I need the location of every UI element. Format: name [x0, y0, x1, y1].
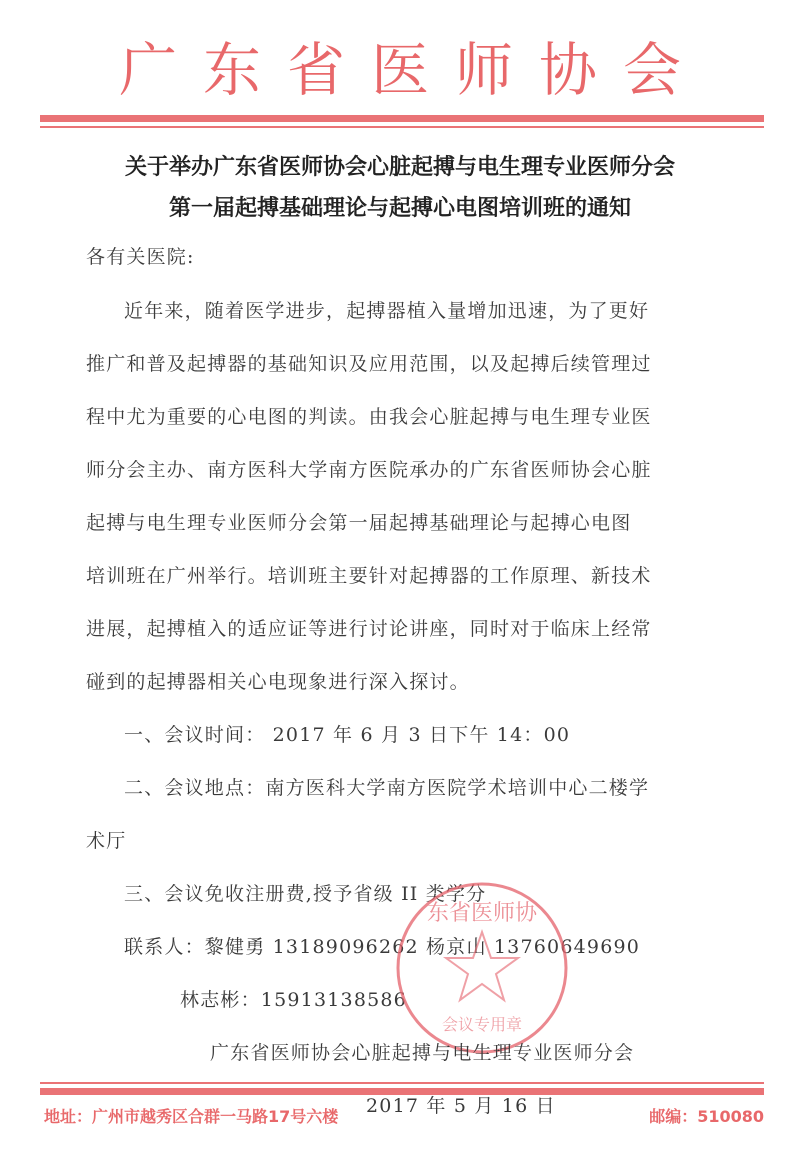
footer-postcode: 邮编：510080 — [649, 1104, 764, 1127]
letterhead-rule-thick — [40, 115, 764, 122]
svg-text:东省医师协: 东省医师协 — [427, 901, 538, 926]
signature-date: 2017 年 5 月 16 日 — [366, 1091, 556, 1118]
contacts-line-2: 林志彬：15913138586 — [180, 985, 407, 1012]
body-line: 程中尤为重要的心电图的判读。由我会心脏起搏与电生理专业医 — [86, 402, 652, 429]
body-line: 近年来，随着医学进步，起搏器植入量增加迅速，为了更好 — [124, 296, 649, 323]
body-line: 培训班在广州举行。培训班主要针对起搏器的工作原理、新技术 — [86, 561, 652, 588]
meeting-time: 一、会议时间： 2017 年 6 月 3 日下午 14：00 — [124, 720, 570, 747]
body-line: 师分会主办、南方医科大学南方医院承办的广东省医师协会心脏 — [86, 455, 652, 482]
body-line: 碰到的起搏器相关心电现象进行深入探讨。 — [86, 667, 470, 694]
body-line: 推广和普及起搏器的基础知识及应用范围，以及起搏后续管理过 — [86, 349, 652, 376]
notice-title-line-1: 关于举办广东省医师协会心脏起搏与电生理专业医师分会 — [0, 150, 800, 181]
footer-address: 地址：广州市越秀区合群一马路17号六楼 — [44, 1104, 338, 1127]
footer-rule-thin — [40, 1082, 764, 1084]
meeting-place-line-1: 二、会议地点：南方医科大学南方医院学术培训中心二楼学 — [124, 773, 649, 800]
salutation: 各有关医院: — [86, 242, 195, 269]
letterhead-title: 广东省医师协会 — [0, 38, 800, 102]
meeting-place-line-2: 术厅 — [86, 826, 126, 853]
body-line: 起搏与电生理专业医师分会第一届起搏基础理论与起搏心电图 — [86, 508, 631, 535]
footer-rule-thick — [40, 1088, 764, 1095]
notice-title-line-2: 第一届起搏基础理论与起搏心电图培训班的通知 — [0, 191, 800, 222]
body-line: 进展，起搏植入的适应证等进行讨论讲座，同时对于临床上经常 — [86, 614, 652, 641]
letterhead-rule-thin — [40, 126, 764, 128]
signature-org: 广东省医师协会心脏起搏与电生理专业医师分会 — [210, 1038, 634, 1065]
svg-text:会议专用章: 会议专用章 — [442, 1015, 522, 1034]
official-seal-icon: 东省医师协 会议专用章 — [394, 880, 570, 1056]
